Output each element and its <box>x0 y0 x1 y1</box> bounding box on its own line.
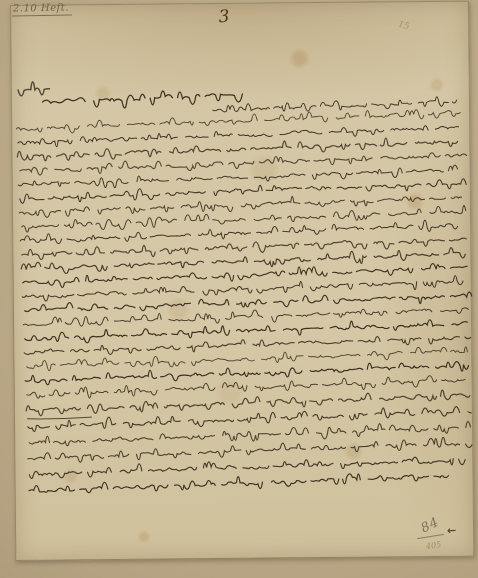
annotation-heft: 2.10 Heft. <box>12 2 72 16</box>
arrow-mark-icon: ← <box>447 524 457 538</box>
page-number: 3 <box>215 6 232 27</box>
letter-sheet <box>10 1 474 561</box>
scan-mat: 2.10 Heft. 3 15 84 ← 405 <box>0 0 478 578</box>
